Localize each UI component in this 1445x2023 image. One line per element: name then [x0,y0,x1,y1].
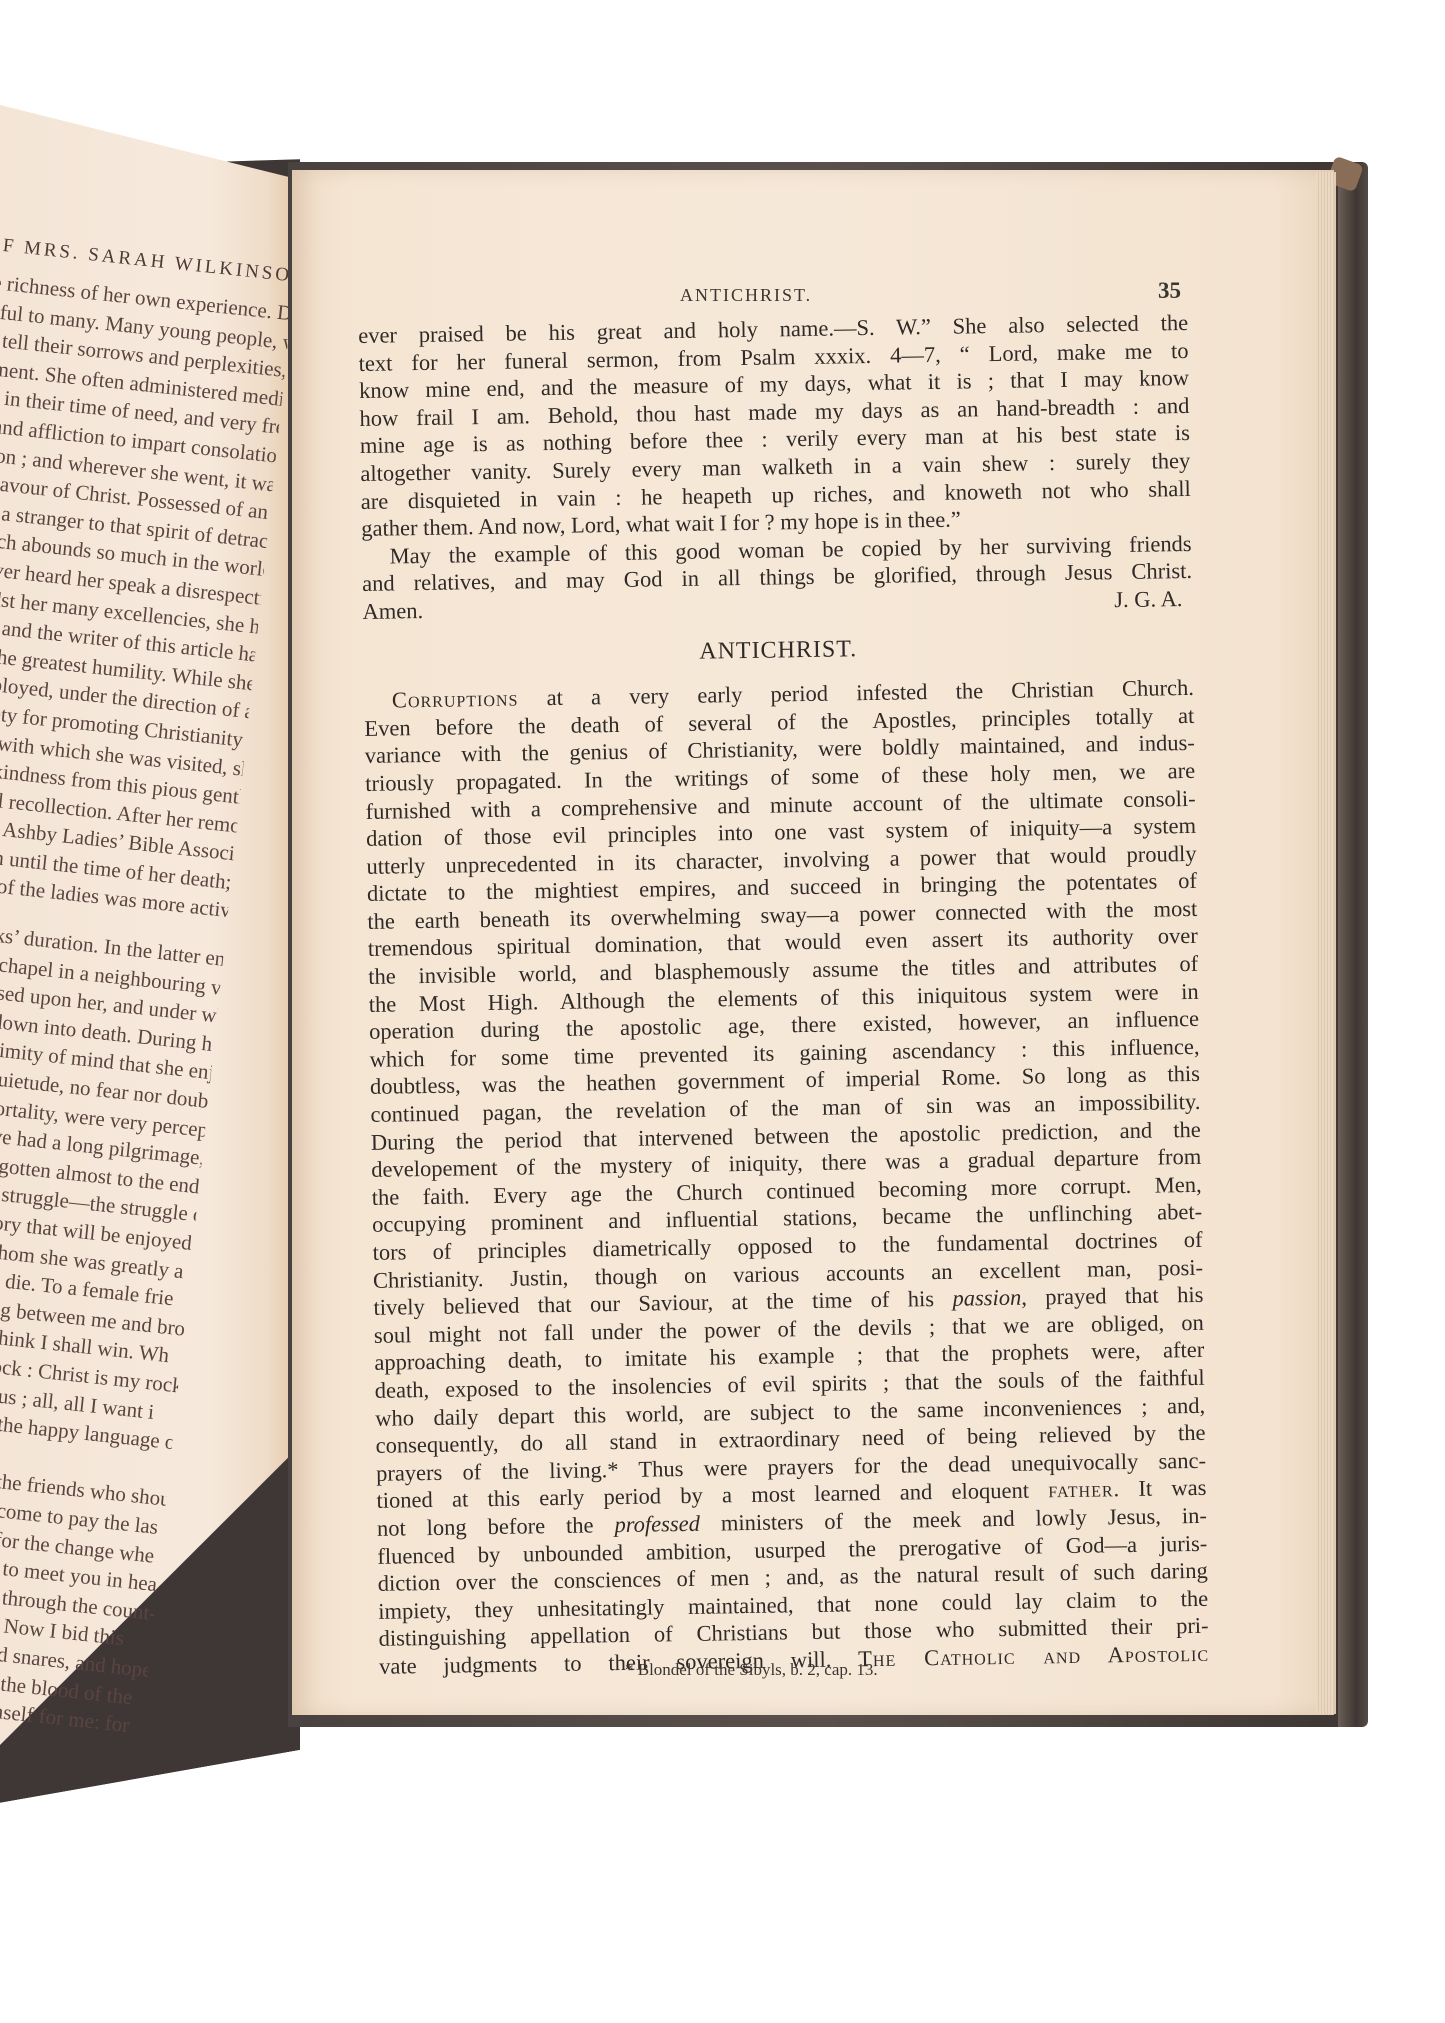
section-title: ANTICHRIST. [363,630,1193,671]
smallcaps-father: father [1048,1477,1114,1503]
smallcaps-catholic-apostolic: The Catholic and Apostolic [858,1641,1209,1672]
author-signature: J. G. A. [1114,585,1193,614]
right-page-text: ever praised be his great and holy name.… [358,309,1209,1680]
continuation-paragraph: ever praised be his great and holy name.… [358,309,1191,543]
italic-professed: professed [614,1511,700,1537]
page-number: 35 [1158,278,1181,304]
running-head: ANTICHRIST. [680,285,812,306]
footnote: * Blondel of the Sibyls, b. 2, cap. 13. [625,1660,878,1680]
italic-passion: passion [952,1285,1021,1311]
opening-word: Corruptions [392,686,519,713]
page-edges [1316,172,1336,1714]
article-body: Corruptions at a very early period infes… [364,674,1210,1680]
closing-amen: Amen. [362,597,423,626]
